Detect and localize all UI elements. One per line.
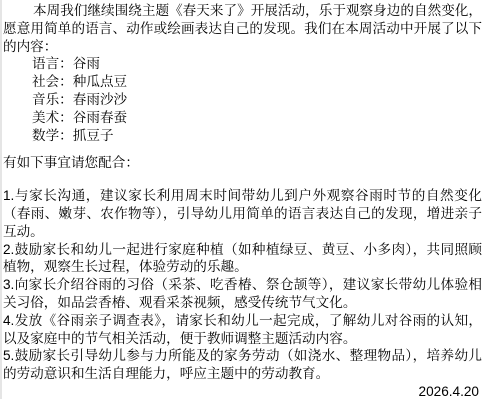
subject-value: 春雨沙沙: [73, 92, 127, 107]
notice-item-4: 4.发放《谷雨亲子调查表》，请家长和幼儿一起完成，了解幼儿对谷雨的认知，以及家庭…: [3, 312, 482, 348]
subject-label: 美术：: [32, 110, 73, 125]
subject-list: 语言：谷雨 社会：种瓜点豆 音乐：春雨沙沙 美术：谷雨春蚕 数学：抓豆子: [3, 55, 482, 144]
subject-line: 美术：谷雨春蚕: [3, 109, 482, 127]
notice-item-3: 3.向家长介绍谷雨的习俗（采茶、吃香椿、祭仓颉等），建议家长带幼儿体验相关习俗，…: [3, 276, 482, 312]
subject-line: 社会：种瓜点豆: [3, 73, 482, 91]
notice-item-5: 5.鼓励家长引导幼儿参与力所能及的家务劳动（如浇水、整理物品），培养幼儿的劳动意…: [3, 347, 482, 383]
subject-value: 种瓜点豆: [73, 74, 127, 89]
blank-line: [3, 144, 482, 154]
subject-value: 谷雨春蚕: [73, 110, 127, 125]
subject-line: 数学：抓豆子: [3, 127, 482, 145]
notice-item-1: 1.与家长沟通，建议家长利用周末时间带幼儿到户外观察谷雨时节的自然变化（春雨、嫩…: [3, 187, 482, 240]
subject-label: 数学：: [32, 128, 73, 143]
intro-paragraph: 本周我们继续围绕主题《春天来了》开展活动，乐于观察身边的自然变化，愿意用简单的语…: [3, 2, 482, 55]
notice-item-list: 1.与家长沟通，建议家长利用周末时间带幼儿到户外观察谷雨时节的自然变化（春雨、嫩…: [3, 187, 482, 383]
document-page: 本周我们继续围绕主题《春天来了》开展活动，乐于观察身边的自然变化，愿意用简单的语…: [0, 0, 490, 399]
subject-label: 社会：: [32, 74, 73, 89]
subject-label: 语言：: [32, 56, 73, 71]
subject-value: 抓豆子: [73, 128, 114, 143]
subject-line: 音乐：春雨沙沙: [3, 91, 482, 109]
notice-item-2: 2.鼓励家长和幼儿一起进行家庭种植（如种植绿豆、黄豆、小多肉），共同照顾植物，观…: [3, 241, 482, 277]
subject-value: 谷雨: [73, 56, 100, 71]
cooperation-heading: 有如下事宜请您配合：: [3, 154, 482, 172]
blank-line: [3, 172, 482, 187]
subject-label: 音乐：: [32, 92, 73, 107]
subject-line: 语言：谷雨: [3, 55, 482, 73]
date-text: 2026.4.20: [3, 383, 482, 399]
